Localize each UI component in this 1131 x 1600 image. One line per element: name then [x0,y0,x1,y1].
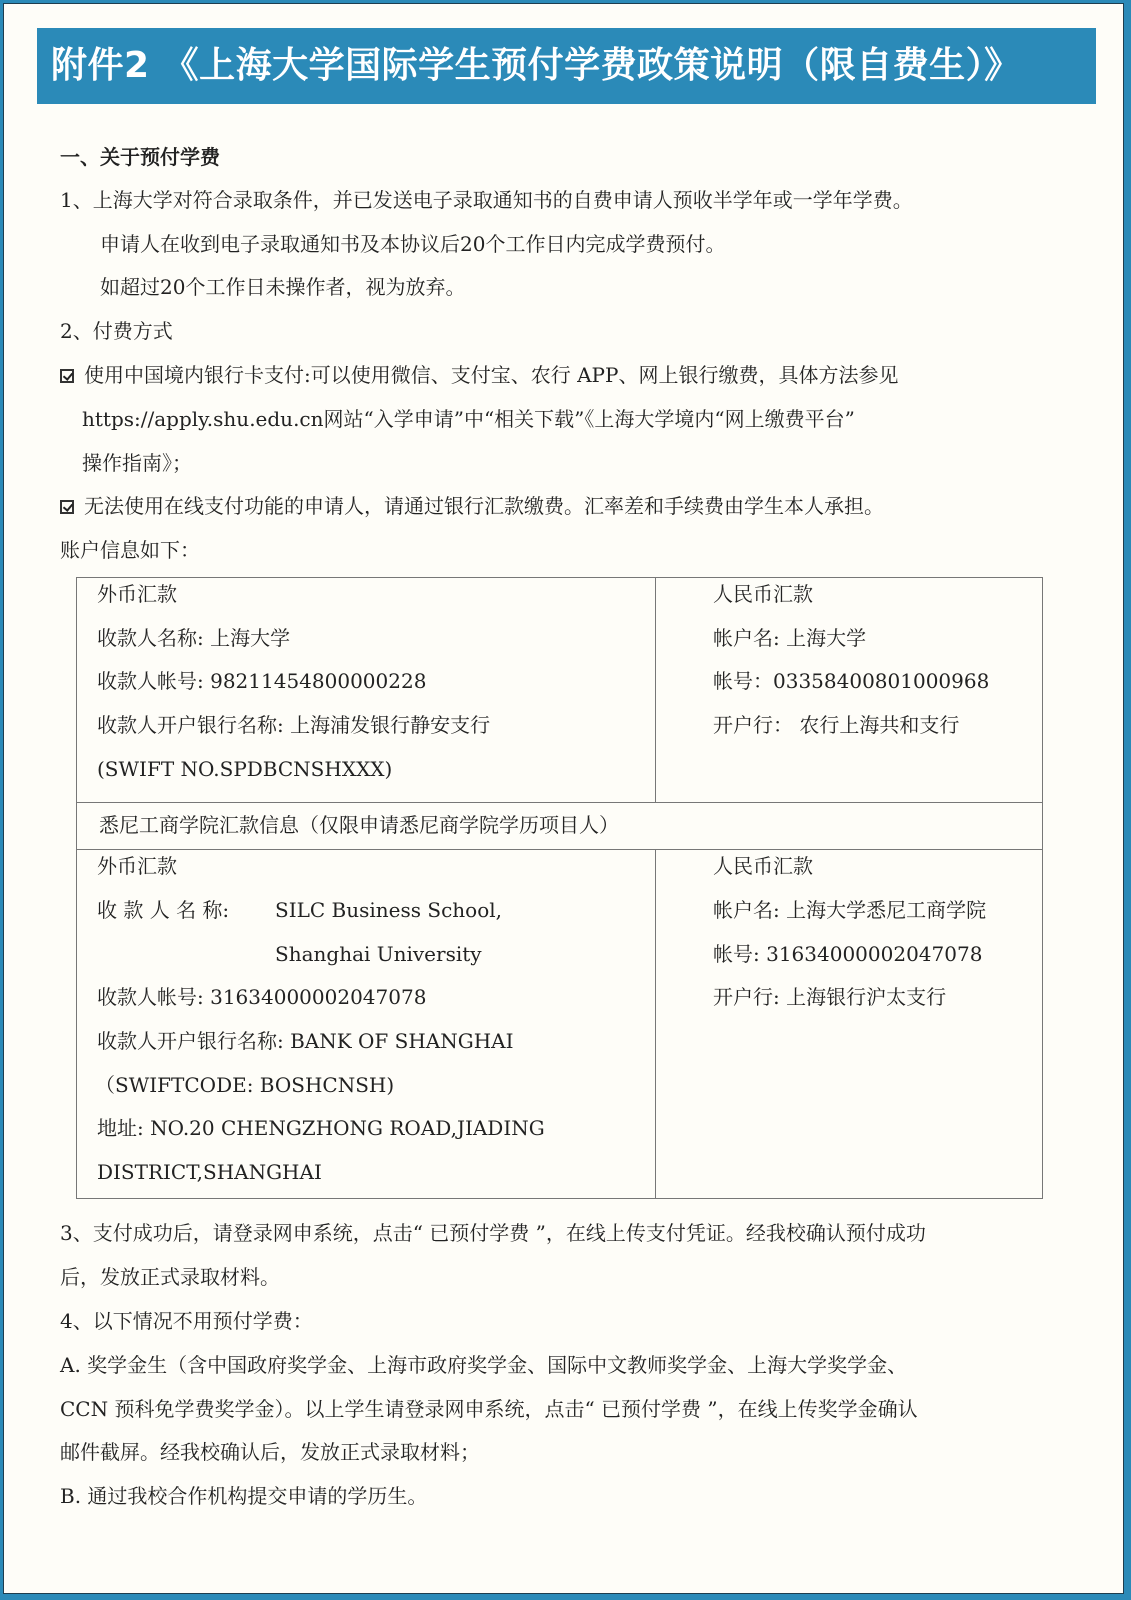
silc-header-row: 悉尼工商学院汇款信息（仅限申请悉尼商学院学历项目人） [76,802,1043,850]
payment-option-wire: 无法使用在线支付功能的申请人，请通过银行汇款缴费。汇率差和手续费由学生本人承担。 [60,492,884,520]
silc-rmb-heading: 人民币汇款 [713,852,813,880]
item1-line3: 如超过20个工作日未操作者，视为放弃。 [100,273,465,301]
shu-foreign-payee-name: 收款人名称: 上海大学 [97,624,290,652]
item4-a-line2: CCN 预科免学费奖学金）。以上学生请登录网申系统，点击“ 已预付学费 ”，在线… [60,1395,918,1423]
item2-heading: 2、付费方式 [60,317,173,345]
silc-foreign-account-no: 收款人帐号: 31634000002047078 [97,983,426,1011]
option1-line3: 操作指南》； [82,449,192,477]
silc-foreign-payee-name-1: SILC Business School, [275,896,502,924]
silc-foreign-payee-label: 收 款 人 名 称: [97,896,229,924]
shu-rmb-heading: 人民币汇款 [713,580,813,608]
silc-rmb-bank: 开户行: 上海银行沪太支行 [713,983,946,1011]
item4-b-line1: B. 通过我校合作机构提交申请的学历生。 [60,1482,427,1510]
shu-foreign-account-no: 收款人帐号: 98211454800000228 [97,667,426,695]
silc-foreign-swift: （SWIFTCODE: BOSHCNSH) [95,1071,394,1099]
item4-a-line1: A. 奖学金生（含中国政府奖学金、上海市政府奖学金、国际中文教师奖学金、上海大学… [60,1351,907,1379]
section-heading: 一、关于预付学费 [60,143,220,171]
shu-foreign-cell: 外币汇款 收款人名称: 上海大学 收款人帐号: 9821145480000022… [77,578,656,802]
shu-rmb-account-name: 帐户名: 上海大学 [713,624,866,652]
option1-line1: 使用中国境内银行卡支付:可以使用微信、支付宝、农行 APP、网上银行缴费，具体方… [84,363,898,387]
shu-foreign-bank-name: 收款人开户银行名称: 上海浦发银行静安支行 [97,711,490,739]
shu-rmb-bank: 开户行： 农行上海共和支行 [713,711,959,739]
shu-foreign-heading: 外币汇款 [97,580,177,608]
account-intro: 账户信息如下： [60,536,200,564]
item1-line2: 申请人在收到电子录取通知书及本协议后20个工作日内完成学费预付。 [100,230,725,258]
silc-foreign-payee-name-2: Shanghai University [275,940,482,968]
option2-line1: 无法使用在线支付功能的申请人，请通过银行汇款缴费。汇率差和手续费由学生本人承担。 [84,494,884,518]
shu-foreign-swift: (SWIFT NO.SPDBCNSHXXX) [97,755,392,783]
silc-foreign-address-1: 地址: NO.20 CHENGZHONG ROAD,JIADING [97,1114,545,1142]
item4-heading: 4、以下情况不用预付学费： [60,1307,313,1335]
payment-option-domestic: 使用中国境内银行卡支付:可以使用微信、支付宝、农行 APP、网上银行缴费，具体方… [60,361,898,389]
option1-line2: https://apply.shu.edu.cn网站“入学申请”中“相关下载”《… [82,405,855,433]
item1-line1: 1、上海大学对符合录取条件，并已发送电子录取通知书的自费申请人预收半学年或一学年… [60,186,913,214]
silc-foreign-heading: 外币汇款 [97,852,177,880]
silc-rmb-account-no: 帐号: 31634000002047078 [713,940,982,968]
silc-header: 悉尼工商学院汇款信息（仅限申请悉尼商学院学历项目人） [99,811,619,839]
silc-foreign-bank-name: 收款人开户银行名称: BANK OF SHANGHAI [97,1027,514,1055]
shu-rmb-account-no: 帐号：03358400801000968 [713,667,989,695]
silc-account-table: 外币汇款 收 款 人 名 称: SILC Business School, Sh… [76,849,1043,1199]
silc-rmb-account-name: 帐户名: 上海大学悉尼工商学院 [713,896,986,924]
silc-foreign-address-2: DISTRICT,SHANGHAI [97,1158,322,1186]
silc-foreign-cell: 外币汇款 收 款 人 名 称: SILC Business School, Sh… [77,850,656,1198]
item4-a-line3: 邮件截屏。经我校确认后，发放正式录取材料； [60,1438,480,1466]
checkbox-checked-icon [60,369,74,383]
document-title: 附件2 《上海大学国际学生预付学费政策说明（限自费生）》 [37,28,1096,104]
document-page: 附件2 《上海大学国际学生预付学费政策说明（限自费生）》 一、关于预付学费 1、… [3,3,1124,1594]
item3-line2: 后，发放正式录取材料。 [60,1263,280,1291]
shu-account-table: 外币汇款 收款人名称: 上海大学 收款人帐号: 9821145480000022… [76,577,1043,803]
checkbox-checked-icon [60,500,74,514]
item3-line1: 3、支付成功后，请登录网申系统，点击“ 已预付学费 ”，在线上传支付凭证。经我校… [60,1219,926,1247]
